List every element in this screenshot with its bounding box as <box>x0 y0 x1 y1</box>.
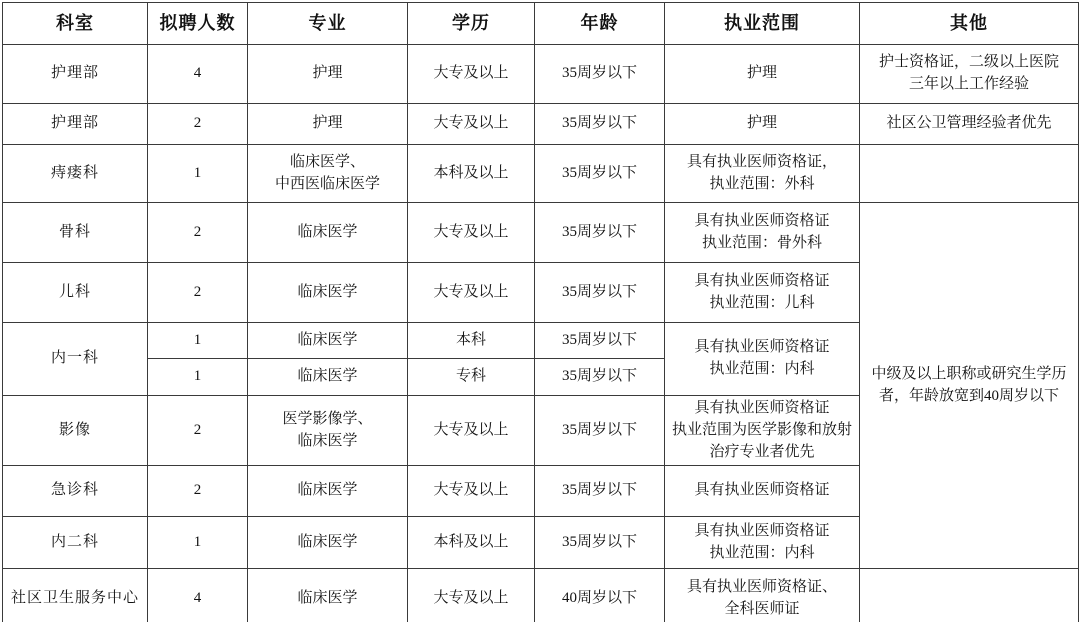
cell-practice-scope: 护理 <box>665 104 860 145</box>
cell-major: 临床医学 <box>248 263 408 323</box>
cell-headcount: 4 <box>148 569 248 622</box>
cell-age: 40周岁以下 <box>535 569 665 622</box>
cell-department: 社区卫生服务中心 <box>3 569 148 622</box>
cell-education: 本科及以上 <box>408 517 535 569</box>
cell-other: 社区公卫管理经验者优先 <box>860 104 1079 145</box>
cell-education: 大专及以上 <box>408 45 535 104</box>
cell-practice-scope: 具有执业医师资格证 <box>665 466 860 517</box>
cell-headcount: 2 <box>148 104 248 145</box>
cell-education: 大专及以上 <box>408 569 535 622</box>
cell-headcount: 4 <box>148 45 248 104</box>
cell-age: 35周岁以下 <box>535 203 665 263</box>
table-row: 痔瘘科 1 临床医学、 中西医临床医学 本科及以上 35周岁以下 具有执业医师资… <box>3 145 1079 203</box>
cell-practice-scope: 具有执业医师资格证 执业范围：内科 <box>665 517 860 569</box>
cell-other-merged: 中级及以上职称或研究生学历者，年龄放宽到40周岁以下 <box>860 203 1079 569</box>
cell-practice-scope: 具有执业医师资格证 执业范围：儿科 <box>665 263 860 323</box>
cell-headcount: 1 <box>148 517 248 569</box>
header-other: 其他 <box>860 3 1079 45</box>
cell-major: 临床医学 <box>248 517 408 569</box>
cell-age: 35周岁以下 <box>535 466 665 517</box>
cell-other <box>860 569 1079 622</box>
cell-major: 临床医学 <box>248 203 408 263</box>
cell-major: 护理 <box>248 45 408 104</box>
cell-headcount: 2 <box>148 263 248 323</box>
cell-major: 临床医学 <box>248 323 408 359</box>
header-row: 科室 拟聘人数 专业 学历 年龄 执业范围 其他 <box>3 3 1079 45</box>
cell-department: 儿科 <box>3 263 148 323</box>
cell-age: 35周岁以下 <box>535 323 665 359</box>
cell-department-merged: 内一科 <box>3 323 148 396</box>
header-department: 科室 <box>3 3 148 45</box>
cell-department: 护理部 <box>3 45 148 104</box>
cell-major: 医学影像学、 临床医学 <box>248 396 408 466</box>
cell-age: 35周岁以下 <box>535 263 665 323</box>
cell-practice-scope-merged: 具有执业医师资格证 执业范围：内科 <box>665 323 860 396</box>
cell-age: 35周岁以下 <box>535 145 665 203</box>
header-age: 年龄 <box>535 3 665 45</box>
cell-education: 大专及以上 <box>408 396 535 466</box>
cell-practice-scope: 护理 <box>665 45 860 104</box>
cell-education: 大专及以上 <box>408 203 535 263</box>
cell-department: 痔瘘科 <box>3 145 148 203</box>
cell-age: 35周岁以下 <box>535 45 665 104</box>
cell-department: 内二科 <box>3 517 148 569</box>
cell-department: 影像 <box>3 396 148 466</box>
cell-education: 大专及以上 <box>408 104 535 145</box>
cell-education: 专科 <box>408 359 535 396</box>
cell-headcount: 1 <box>148 145 248 203</box>
table-row: 护理部 4 护理 大专及以上 35周岁以下 护理 护士资格证，二级以上医院 三年… <box>3 45 1079 104</box>
cell-headcount: 1 <box>148 359 248 396</box>
header-practice-scope: 执业范围 <box>665 3 860 45</box>
cell-headcount: 2 <box>148 203 248 263</box>
header-major: 专业 <box>248 3 408 45</box>
cell-practice-scope: 具有执业医师资格证、 全科医师证 <box>665 569 860 622</box>
header-education: 学历 <box>408 3 535 45</box>
cell-age: 35周岁以下 <box>535 359 665 396</box>
table-row: 社区卫生服务中心 4 临床医学 大专及以上 40周岁以下 具有执业医师资格证、 … <box>3 569 1079 622</box>
table-row: 骨科 2 临床医学 大专及以上 35周岁以下 具有执业医师资格证 执业范围：骨外… <box>3 203 1079 263</box>
cell-education: 本科及以上 <box>408 145 535 203</box>
cell-practice-scope: 具有执业医师资格证 执业范围为医学影像和放射治疗专业者优先 <box>665 396 860 466</box>
cell-major: 护理 <box>248 104 408 145</box>
cell-headcount: 2 <box>148 466 248 517</box>
cell-department: 急诊科 <box>3 466 148 517</box>
cell-age: 35周岁以下 <box>535 396 665 466</box>
cell-practice-scope: 具有执业医师资格证， 执业范围：外科 <box>665 145 860 203</box>
cell-practice-scope: 具有执业医师资格证 执业范围：骨外科 <box>665 203 860 263</box>
table-row: 护理部 2 护理 大专及以上 35周岁以下 护理 社区公卫管理经验者优先 <box>3 104 1079 145</box>
cell-major: 临床医学 <box>248 569 408 622</box>
cell-headcount: 2 <box>148 396 248 466</box>
cell-department: 护理部 <box>3 104 148 145</box>
cell-major: 临床医学、 中西医临床医学 <box>248 145 408 203</box>
cell-age: 35周岁以下 <box>535 517 665 569</box>
recruitment-table-page: 科室 拟聘人数 专业 学历 年龄 执业范围 其他 护理部 4 护理 大专及以上 … <box>0 0 1080 622</box>
cell-department: 骨科 <box>3 203 148 263</box>
cell-major: 临床医学 <box>248 359 408 396</box>
cell-major: 临床医学 <box>248 466 408 517</box>
header-headcount: 拟聘人数 <box>148 3 248 45</box>
cell-headcount: 1 <box>148 323 248 359</box>
cell-other <box>860 145 1079 203</box>
cell-education: 大专及以上 <box>408 263 535 323</box>
cell-education: 本科 <box>408 323 535 359</box>
cell-age: 35周岁以下 <box>535 104 665 145</box>
recruitment-table: 科室 拟聘人数 专业 学历 年龄 执业范围 其他 护理部 4 护理 大专及以上 … <box>2 2 1079 622</box>
cell-education: 大专及以上 <box>408 466 535 517</box>
cell-other: 护士资格证，二级以上医院 三年以上工作经验 <box>860 45 1079 104</box>
